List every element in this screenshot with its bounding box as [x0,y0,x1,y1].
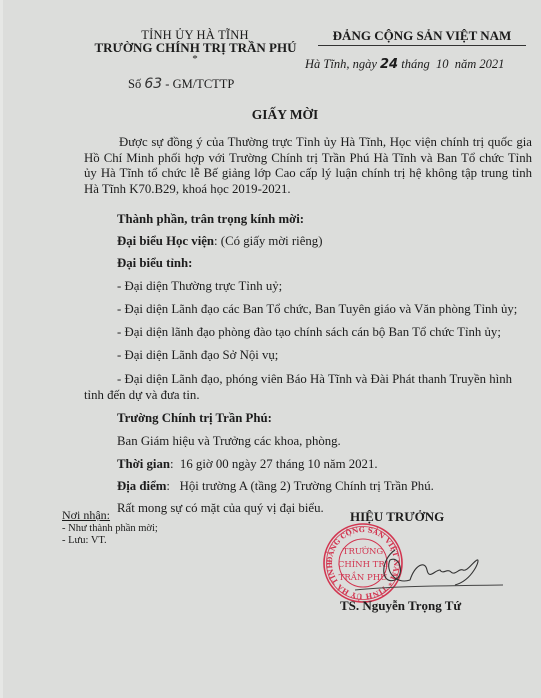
province-item: - Đại diện Lãnh đạo các Ban Tổ chức, Ban… [117,302,517,317]
academy-value: : (Có giấy mời riêng) [214,234,322,248]
time-value: : 16 giờ 00 ngày 27 tháng 10 năm 2021. [170,457,378,471]
date-prefix: Hà Tĩnh, ngày [305,57,377,71]
document-title: GIẤY MỜI [230,107,340,123]
province-item: - Đại diện Thường trực Tỉnh uỷ; [117,279,282,294]
signer-name: TS. Nguyễn Trọng Tứ [340,598,461,614]
attendees-heading: Thành phần, trân trọng kính mời: [117,212,304,227]
date-rest: tháng 10 năm 2021 [401,57,504,71]
star-mark: * [180,53,210,65]
doc-number-value: 63 [144,76,162,92]
school-label: Trường Chính trị Trần Phú: [117,411,272,426]
nation-underline [318,45,526,46]
media-item-line2: tỉnh đến dự và đưa tin. [84,388,200,403]
province-item: - Đại diện Lãnh đạo Sở Nội vụ; [117,348,278,363]
date-day: 24 [380,57,398,72]
nation-heading: ĐẢNG CỘNG SẢN VIỆT NAM [314,28,530,44]
time-label: Thời gian [117,457,170,471]
province-item: - Đại diện lãnh đạo phòng đào tạo chính … [117,325,501,340]
place-label: Địa điểm [117,479,166,493]
media-item-line1: - Đại diện Lãnh đạo, phóng viên Báo Hà T… [117,372,512,387]
doc-number: Số 63 - GM/TCTTP [128,76,234,92]
school-value: Ban Giám hiệu và Trưởng các khoa, phòng. [117,434,341,449]
signature-icon [355,540,505,600]
intro-paragraph: Được sự đồng ý của Thường trực Tỉnh ủy H… [84,135,532,197]
academy-delegates: Đại biểu Học viện: (Có giấy mời riêng) [117,234,322,249]
doc-number-prefix: Số [128,77,141,91]
doc-number-suffix: - GM/TCTTP [165,77,234,91]
province-delegates-label: Đại biểu tỉnh: [117,256,192,271]
dateline: Hà Tĩnh, ngày 24 tháng 10 năm 2021 [305,57,504,72]
place-value: : Hội trường A (tầng 2) Trường Chính trị… [166,479,433,493]
closing-line: Rất mong sự có mặt của quý vị đại biểu. [117,501,324,516]
recipient-item: - Như thành phần mời; [62,523,158,534]
page-edge [0,0,3,698]
recipients-title: Nơi nhận: [62,508,110,523]
event-place: Địa điểm: Hội trường A (tầng 2) Trường C… [117,479,434,494]
event-time: Thời gian: 16 giờ 00 ngày 27 tháng 10 nă… [117,457,378,472]
academy-label: Đại biểu Học viện [117,234,214,248]
recipient-item: - Lưu: VT. [62,535,107,546]
